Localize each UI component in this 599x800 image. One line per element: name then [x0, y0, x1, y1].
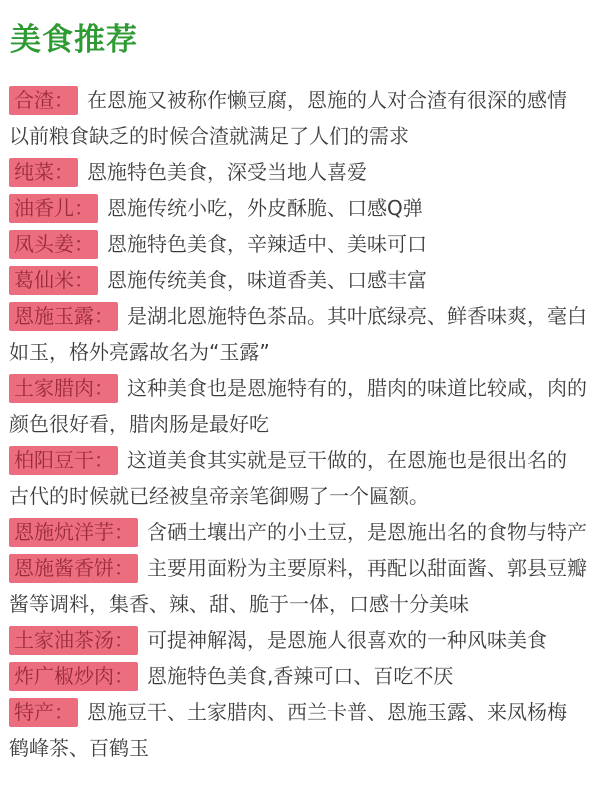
- entry-label: 恩施酱香饼：: [9, 554, 138, 583]
- entry-row: 油香儿：恩施传统小吃，外皮酥脆、口感Q弹: [9, 190, 599, 226]
- entry-label: 炸广椒炒肉：: [9, 662, 138, 691]
- entry-row: 合渣：在恩施又被称作懒豆腐，恩施的人对合渣有很深的感情 以前粮食缺乏的时候合渣就…: [9, 82, 599, 154]
- entry-row: 特产：恩施豆干、土家腊肉、西兰卡普、恩施玉露、来凤杨梅 鹤峰茶、百鹤玉: [9, 694, 599, 766]
- entry-list: 合渣：在恩施又被称作懒豆腐，恩施的人对合渣有很深的感情 以前粮食缺乏的时候合渣就…: [9, 82, 599, 766]
- entry-row: 炸广椒炒肉：恩施特色美食,香辣可口、百吃不厌: [9, 658, 599, 694]
- entry-label: 恩施炕洋芋：: [9, 518, 138, 547]
- entry-label: 土家腊肉：: [9, 374, 118, 403]
- entry-label: 特产：: [9, 698, 78, 727]
- entry-text: 恩施特色美食，辛辣适中、美味可口: [107, 232, 427, 256]
- entry-text: 恩施传统美食，味道香美、口感丰富: [107, 268, 427, 292]
- entry-text: 含硒土壤出产的小土豆，是恩施出名的食物与特产: [147, 520, 587, 544]
- entry-text: 在恩施又被称作懒豆腐，恩施的人对合渣有很深的感情 以前粮食缺乏的时候合渣就满足了…: [9, 88, 567, 148]
- entry-row: 恩施玉露：是湖北恩施特色茶品。其叶底绿亮、鲜香味爽，毫白 如玉，格外亮露故名为“…: [9, 298, 599, 370]
- entry-text: 恩施传统小吃，外皮酥脆、口感Q弹: [107, 196, 423, 220]
- entry-label: 葛仙米：: [9, 266, 98, 295]
- entry-row: 纯菜：恩施特色美食，深受当地人喜爱: [9, 154, 599, 190]
- entry-label: 油香儿：: [9, 194, 98, 223]
- entry-row: 凤头姜：恩施特色美食，辛辣适中、美味可口: [9, 226, 599, 262]
- entry-row: 葛仙米：恩施传统美食，味道香美、口感丰富: [9, 262, 599, 298]
- entry-label: 纯菜：: [9, 158, 78, 187]
- entry-label: 合渣：: [9, 86, 78, 115]
- entry-text: 恩施豆干、土家腊肉、西兰卡普、恩施玉露、来凤杨梅 鹤峰茶、百鹤玉: [9, 700, 567, 760]
- entry-label: 凤头姜：: [9, 230, 98, 259]
- page-title: 美食推荐: [10, 20, 599, 60]
- entry-row: 柏阳豆干：这道美食其实就是豆干做的，在恩施也是很出名的 古代的时候就已经被皇帝亲…: [9, 442, 599, 514]
- entry-text: 恩施特色美食,香辣可口、百吃不厌: [147, 664, 453, 688]
- entry-row: 土家腊肉：这种美食也是恩施特有的，腊肉的味道比较咸，肉的 颜色很好看，腊肉肠是最…: [9, 370, 599, 442]
- entry-row: 恩施酱香饼：主要用面粉为主要原料，再配以甜面酱、郭县豆瓣 酱等调料，集香、辣、甜…: [9, 550, 599, 622]
- entry-row: 土家油茶汤：可提神解渴，是恩施人很喜欢的一种风味美食: [9, 622, 599, 658]
- entry-text: 可提神解渴，是恩施人很喜欢的一种风味美食: [147, 628, 547, 652]
- entry-text: 恩施特色美食，深受当地人喜爱: [87, 160, 367, 184]
- entry-label: 柏阳豆干：: [9, 446, 118, 475]
- note-page: 美食推荐 合渣：在恩施又被称作懒豆腐，恩施的人对合渣有很深的感情 以前粮食缺乏的…: [0, 0, 599, 800]
- entry-row: 恩施炕洋芋：含硒土壤出产的小土豆，是恩施出名的食物与特产: [9, 514, 599, 550]
- entry-label: 土家油茶汤：: [9, 626, 138, 655]
- entry-label: 恩施玉露：: [9, 302, 118, 331]
